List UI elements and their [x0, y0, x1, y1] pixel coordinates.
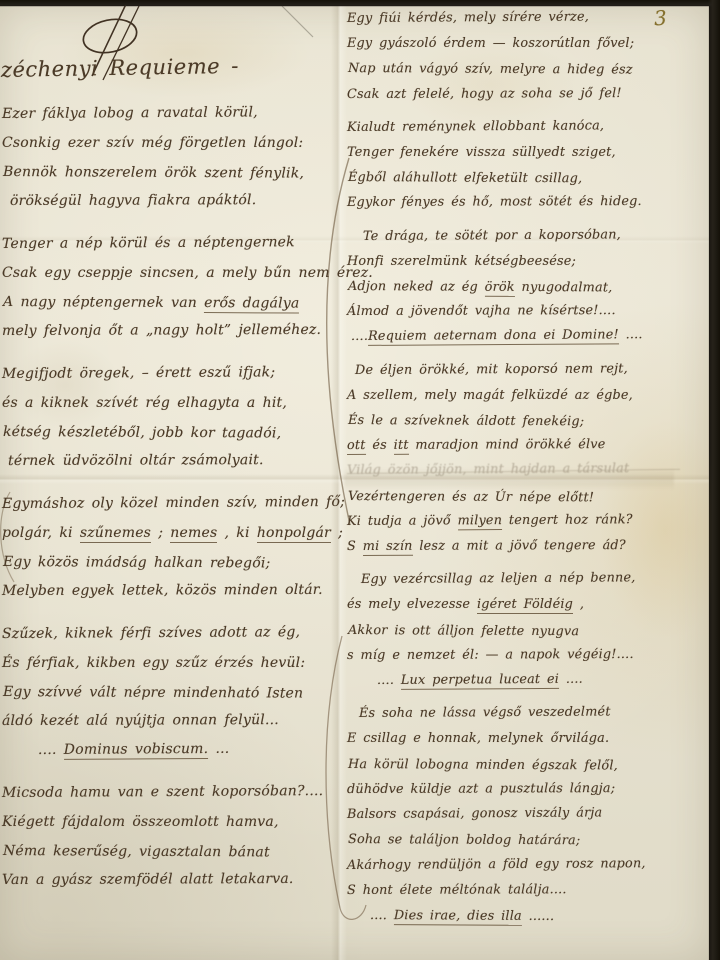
stanza: Szűzek, kiknek férfi szíves adott az ég,…: [2, 620, 344, 765]
stanza: De éljen örökké, mit koporsó nem rejt,A …: [347, 358, 709, 560]
poem-line: Egy fiúi kérdés, mely sírére vérze,: [347, 4, 709, 31]
underlined-phrase: Dominus vobiscum.: [64, 741, 209, 760]
poem-line: Egykor fényes és hő, most sötét és hideg…: [347, 189, 709, 215]
stanza: Micsoda hamu van e szent koporsóban?....…: [2, 779, 344, 895]
poem-line: És soha ne lássa végső veszedelmét: [359, 699, 709, 726]
stanza: Ezer fáklya lobog a ravatal körül,Csonki…: [2, 100, 344, 216]
poem-line: Melyben egyek lettek, közös minden oltár…: [2, 576, 344, 606]
poem-line: Kiégett fájdalom összeomlott hamva,: [2, 808, 344, 837]
underlined-phrase: igéret Földéig: [477, 597, 573, 614]
poem-line: Megifjodt öregek, – érett eszű ifjak;: [2, 358, 344, 389]
poem-line: dühödve küldje azt a pusztulás lángja;: [347, 776, 709, 802]
poem-line: Csak egy cseppje sincsen, a mely bűn nem…: [2, 259, 344, 288]
poem-line: ....Requiem aeternam dona ei Domine! ...…: [351, 322, 709, 349]
poem-line: térnek üdvözölni oltár zsámolyait.: [8, 446, 344, 476]
poem-line: S hont élete méltónak találja....: [347, 876, 709, 902]
poem-line: És férfiak, kikben egy szűz érzés hevül:: [2, 649, 344, 678]
poem-line: Világ özön jőjjön, mint hajdan a társula…: [347, 456, 709, 483]
poem-line: Egymáshoz oly közel minden szív, minden …: [2, 488, 344, 519]
underlined-phrase: Lux perpetua luceat ei: [401, 672, 559, 690]
poem-line: áldó kezét alá nyújtja onnan felyül...: [2, 706, 344, 736]
poem-line: S mi szín lesz a mit a jövő tengere ád?: [347, 533, 709, 559]
poem-line: Te drága, te sötét por a koporsóban,: [363, 222, 709, 249]
poem-line: Akkor is ott álljon felette nyugva: [348, 618, 710, 645]
poem-line: Ezer fáklya lobog a ravatal körül,: [2, 98, 344, 129]
right-column: Egy fiúi kérdés, mely sírére vérze,Egy g…: [347, 6, 709, 936]
poem-line: Bennök honszerelem örök szent fénylik,: [3, 158, 345, 189]
underlined-phrase: milyen: [457, 513, 502, 530]
poem-title: Széchenyi Requieme -: [0, 54, 239, 82]
poem-line: ott és itt maradjon mind örökké élve: [347, 432, 709, 458]
underlined-phrase: mi szín: [363, 539, 413, 556]
underlined-phrase: erős dagálya: [204, 295, 299, 313]
poem-line: A nagy néptengernek van erős dagálya: [3, 288, 345, 319]
stanza: Tenger a nép körül és a néptengernekCsak…: [2, 230, 344, 346]
poem-line: Álmod a jövendőt vajha ne kísértse!....: [347, 298, 709, 324]
poem-line: örökségül hagyva fiakra apáktól.: [10, 186, 344, 216]
poem-line: De éljen örökké, mit koporsó nem rejt,: [355, 355, 709, 382]
underlined-phrase: ott: [347, 438, 366, 455]
poem-line: Csonkig ezer szív még förgetlen lángol:: [2, 129, 344, 158]
scan-edge-right: [708, 0, 720, 960]
poem-line: és mely elvezesse igéret Földéig ,: [347, 592, 709, 617]
left-column: Ezer fáklya lobog a ravatal körül,Csonki…: [2, 100, 344, 909]
poem-line: A szellem, mely magát felküzdé az égbe,: [347, 383, 709, 408]
poem-line: Nap után vágyó szív, melyre a hideg ész: [348, 56, 710, 83]
stanza: Te drága, te sötét por a koporsóban,Honf…: [347, 224, 709, 350]
poem-line: Ki tudja a jövő milyen tengert hoz ránk?: [347, 507, 709, 534]
underlined-phrase: örök: [485, 280, 515, 297]
poem-line: Néma keserűség, vigasztalan bánat: [3, 837, 345, 868]
poem-line: Csak azt felelé, hogy az soha se jő fel!: [347, 80, 709, 106]
poem-line: .... Dies irae, dies illa ......: [370, 903, 710, 930]
stanza: Kialudt reménynek ellobbant kanóca,Tenge…: [347, 115, 709, 216]
poem-line: polgár, ki szűnemes ; nemes , ki honpolg…: [2, 519, 344, 548]
stanza: Egy fiúi kérdés, mely sírére vérze,Egy g…: [347, 6, 709, 107]
poem-line: Akárhogy rendüljön a föld egy rosz napon…: [347, 850, 709, 877]
poem-line: Szűzek, kiknek férfi szíves adott az ég,: [2, 618, 344, 649]
stanza: Megifjodt öregek, – érett eszű ifjak;és …: [2, 360, 344, 476]
manuscript-page: Széchenyi Requieme - 3 Ezer fáklya lobog…: [0, 0, 720, 960]
poem-line: és a kiknek szívét rég elhagyta a hit,: [2, 389, 344, 418]
poem-line: Tenger fenekére vissza süllyedt sziget,: [347, 140, 709, 165]
poem-line: E csillag e honnak, melynek őrvilága.: [347, 726, 709, 751]
poem-line: mely felvonja őt a „nagy holt” jelleméhe…: [2, 316, 344, 346]
scan-edge-top: [0, 0, 720, 7]
poem-line: Egy szívvé vált népre mindenható Isten: [3, 678, 345, 709]
poem-line: Balsors csapásai, gonosz viszály árja: [347, 800, 709, 827]
underlined-phrase: honpolgár: [257, 525, 331, 543]
underlined-phrase: itt: [394, 438, 409, 455]
paper-stain: [60, 8, 310, 98]
poem-line: Van a gyász szemfödél alatt letakarva.: [2, 865, 344, 895]
poem-line: Kialudt reménynek ellobbant kanóca,: [347, 113, 709, 140]
poem-line: Tenger a nép körül és a néptengernek: [2, 228, 344, 259]
stanza: És soha ne lássa végső veszedelmétE csil…: [347, 701, 709, 928]
underlined-phrase: Dies irae, dies illa: [394, 908, 522, 926]
poem-line: Egy közös imádság halkan rebegői;: [3, 548, 345, 579]
poem-line: Egy vezércsillag az leljen a nép benne,: [361, 565, 709, 592]
underlined-phrase: Requiem aeternam dona ei Domine!: [368, 328, 619, 347]
poem-line: Egy gyászoló érdem — koszorútlan fővel;: [347, 31, 709, 56]
underlined-phrase: szűnemes: [80, 525, 151, 543]
poem-line: s míg e nemzet él: — a napok végéig!....: [347, 642, 709, 668]
poem-line: Micsoda hamu van e szent koporsóban?....: [2, 777, 344, 808]
stanza: Egy vezércsillag az leljen a nép benne,é…: [347, 567, 709, 693]
poem-line: Ha körül lobogna minden égszak felől,: [348, 752, 710, 779]
poem-line: .... Dominus vobiscum. ...: [38, 734, 344, 765]
underlined-phrase: nemes: [170, 525, 217, 543]
stanza: Egymáshoz oly közel minden szív, minden …: [2, 490, 344, 606]
poem-line: kétség készletéből, jobb kor tagadói,: [3, 418, 345, 449]
poem-line: .... Lux perpetua luceat ei ....: [377, 666, 709, 693]
poem-line: Honfi szerelmünk kétségbeesése;: [347, 249, 709, 274]
